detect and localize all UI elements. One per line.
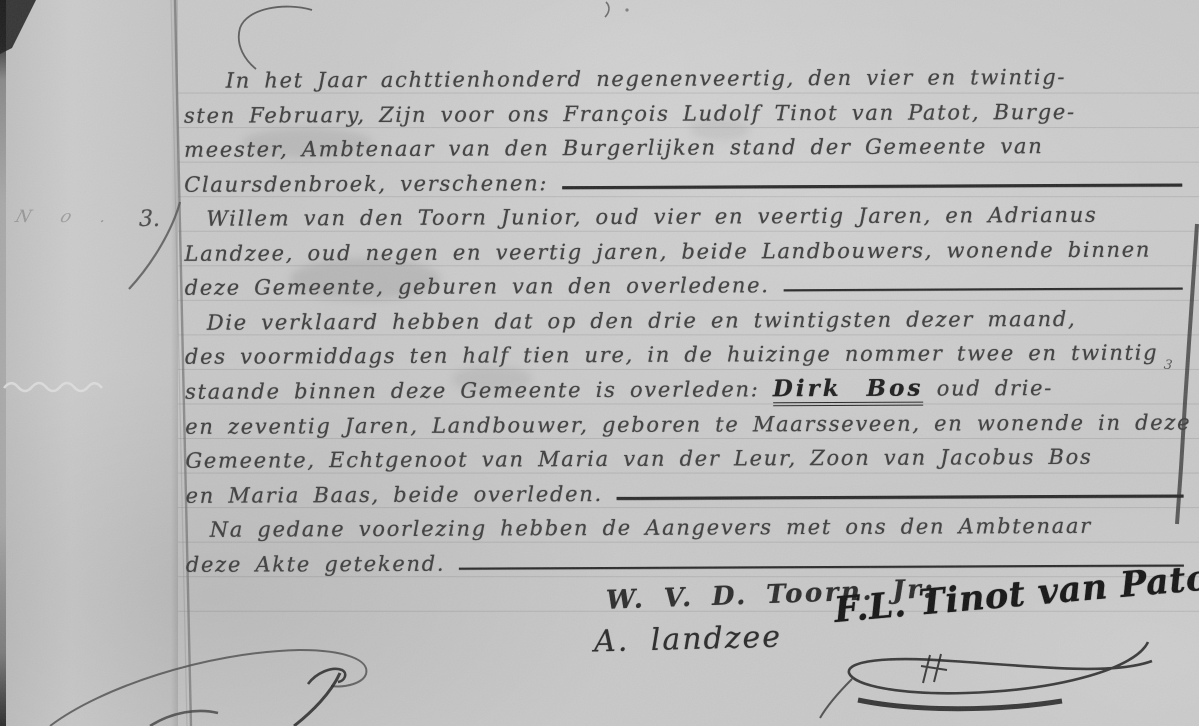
- document-line: Na gedane voorlezing hebben de Aangevers…: [210, 510, 1188, 544]
- act-body-text: In het Jaar achttienhonderd negenenveert…: [0, 0, 1199, 726]
- document-line: staande binnen deze Gemeente is overlede…: [185, 371, 1187, 405]
- deceased-name: Dirk Bos: [773, 375, 924, 407]
- document-line: Gemeente, Echtgenoot van Maria van der L…: [185, 440, 1187, 474]
- document-line: Willem van den Toorn Junior, oud vier en…: [206, 199, 1186, 233]
- filler-rule: [562, 184, 1182, 189]
- document-line: des voormiddags ten half tien ure, in de…: [185, 337, 1187, 371]
- document-line: In het Jaar achttienhonderd negenenveert…: [226, 60, 1186, 94]
- filler-rule: [617, 495, 1184, 500]
- document-line: Die verklaard hebben dat op den drie en …: [207, 302, 1187, 336]
- document-line: Claursdenbroek, verschenen:: [184, 164, 1186, 198]
- signature-landzee: A. landzee: [594, 620, 783, 660]
- document-line: Landzee, oud negen en veertig jaren, bei…: [184, 233, 1186, 267]
- filler-rule: [784, 288, 1183, 292]
- document-line: sten February, Zijn voor ons François Lu…: [184, 95, 1186, 129]
- scanned-death-record-page: No. 3. In het Jaar achttienhonderd negen…: [0, 0, 1199, 726]
- document-line: en Maria Baas, beide overleden.: [186, 475, 1188, 509]
- document-line: en zeventig Jaren, Landbouwer, geboren t…: [185, 406, 1187, 440]
- document-line: deze Gemeente, geburen van den overleden…: [185, 268, 1187, 302]
- document-line: meester, Ambtenaar van den Burgerlijken …: [184, 130, 1186, 164]
